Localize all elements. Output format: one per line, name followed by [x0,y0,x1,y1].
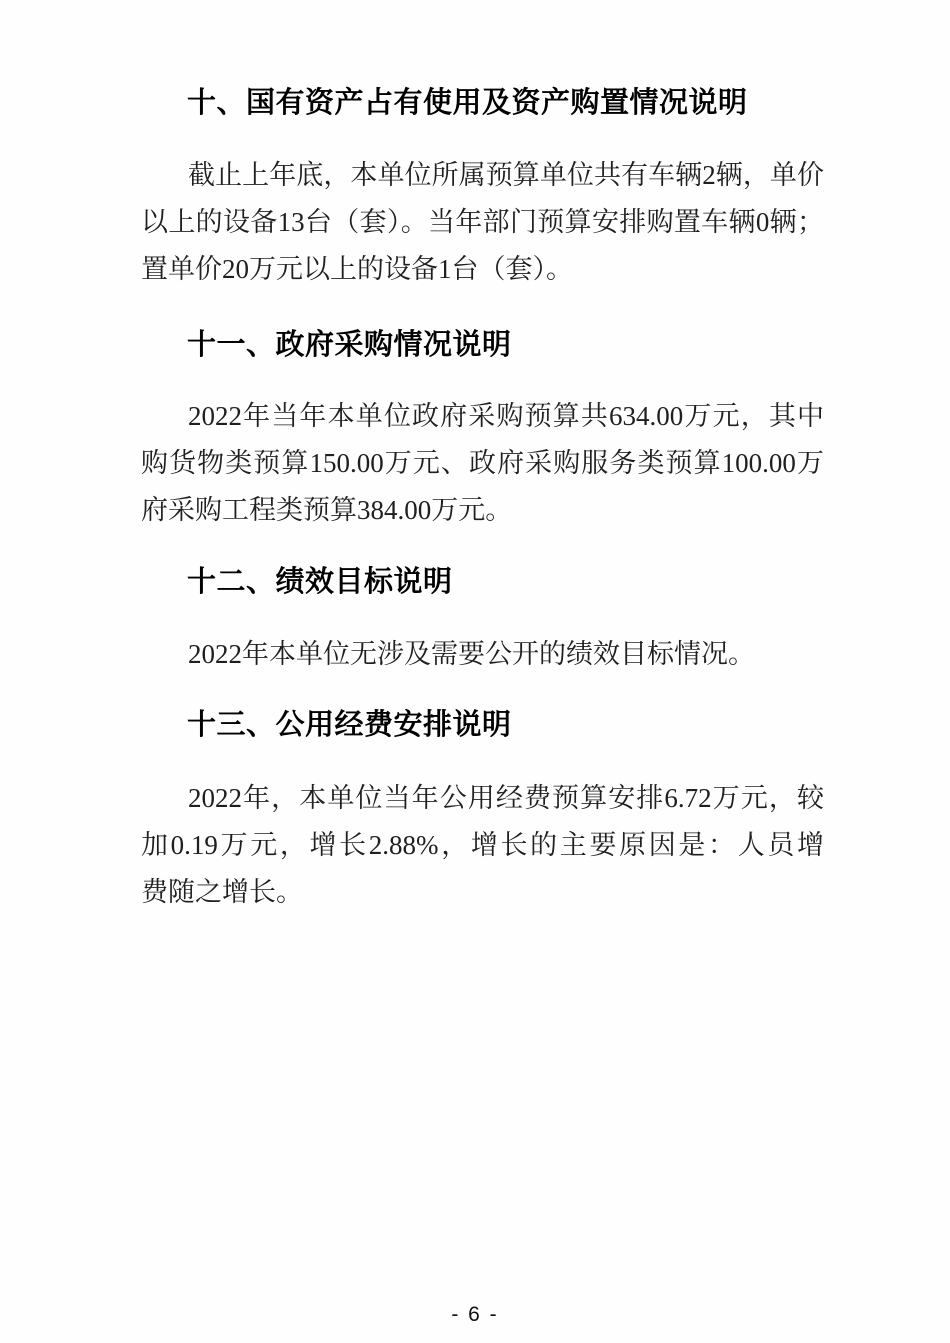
paragraph-line: 购货物类预算150.00万元、政府采购服务类预算100.00万元、政 [141,440,824,487]
paragraph-line: 截止上年底，本单位所属预算单位共有车辆2辆，单价20万元 [141,152,824,199]
paragraph-public-funds: 2022年，本单位当年公用经费预算安排6.72万元，较上年增 加0.19万元，增… [141,775,824,916]
page-number: - 6 - [0,1303,950,1327]
paragraph-line: 置单价20万元以上的设备1台（套）。 [141,246,824,293]
paragraph-line: 府采购工程类预算384.00万元。 [141,487,824,534]
paragraph-line: 加0.19万元，增长2.88%，增长的主要原因是：人员增加，工会经 [141,822,824,869]
document-page: 十、国有资产占有使用及资产购置情况说明 截止上年底，本单位所属预算单位共有车辆2… [0,0,950,1343]
paragraph-line: 以上的设备13台（套）。当年部门预算安排购置车辆0辆；安排购 [141,199,824,246]
paragraph-state-assets: 截止上年底，本单位所属预算单位共有车辆2辆，单价20万元 以上的设备13台（套）… [141,152,824,293]
paragraph-line: 2022年，本单位当年公用经费预算安排6.72万元，较上年增 [141,775,824,822]
section-heading-government-procurement: 十一、政府采购情况说明 [141,328,824,362]
paragraph-line: 2022年本单位无涉及需要公开的绩效目标情况。 [141,631,824,678]
paragraph-line: 2022年当年本单位政府采购预算共634.00万元，其中政府采 [141,393,824,440]
paragraph-government-procurement: 2022年当年本单位政府采购预算共634.00万元，其中政府采 购货物类预算15… [141,393,824,534]
section-heading-state-assets: 十、国有资产占有使用及资产购置情况说明 [141,86,824,120]
paragraph-performance-targets: 2022年本单位无涉及需要公开的绩效目标情况。 [141,631,824,678]
section-heading-public-funds: 十三、公用经费安排说明 [141,708,824,742]
paragraph-line: 费随之增长。 [141,869,824,916]
section-heading-performance-targets: 十二、绩效目标说明 [141,565,824,599]
